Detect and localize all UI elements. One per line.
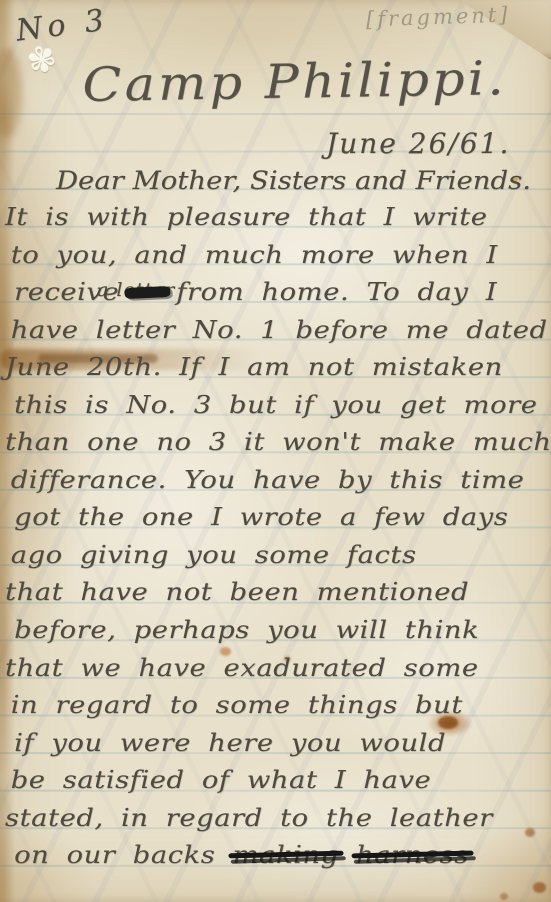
archival-note: [fragment] [366, 2, 511, 31]
letter-text: to you, and much more when I [11, 241, 498, 269]
letter-line: this is No. 3 but if you get more [5, 391, 551, 429]
letter-text: June 20th. If I am not mistaken [5, 353, 503, 381]
letter-line: stated, in regard to the leather [5, 804, 551, 842]
letter-line: ago giving you some facts [5, 541, 551, 579]
scribbled-out-word [125, 286, 171, 299]
letter-text: this is No. 3 but if you get more [14, 391, 537, 419]
letter-dateline: June 26/61. [326, 127, 510, 160]
letter-text: have letter No. 1 before me dated [11, 316, 548, 344]
letter-text: if you were here you would [14, 729, 446, 757]
letter-heading: Camp Philippi. [82, 51, 507, 113]
letter-text: that we have exadurated some [5, 654, 479, 682]
struck-through-word: harness [356, 841, 469, 869]
letter-line: have letter No. 1 before me dated [5, 316, 551, 354]
letter-line: before, perhaps you will think [5, 616, 551, 654]
letter-page: ✾ No 3 [fragment] Camp Philippi. June 26… [0, 0, 551, 902]
letter-text: than one no 3 it won't make much [5, 428, 551, 456]
letter-line: receivefrom home. To day I [5, 278, 551, 316]
letter-text: in regard to some things but [11, 691, 463, 719]
letter-line: if you were here you would [5, 729, 551, 767]
letter-line: differance. You have by this time [5, 466, 551, 504]
letter-line: on our backs making harness [5, 841, 551, 879]
letter-line: in regard to some things but [5, 691, 551, 729]
letter-line: It is with pleasure that I write [5, 203, 551, 241]
letter-line: that have not been mentioned [5, 578, 551, 616]
stain-spot [533, 882, 546, 893]
letter-text: got the one I wrote a few days [14, 503, 508, 531]
letter-text: stated, in regard to the leather [5, 804, 493, 832]
letter-line: June 20th. If I am not mistaken [5, 353, 551, 391]
letter-text: receive [14, 278, 119, 306]
letter-line: be satisfied of what I have [5, 766, 551, 804]
letter-line: to you, and much more when I [5, 241, 551, 279]
stain-spot [500, 893, 508, 900]
letter-text: differance. You have by this time [11, 466, 525, 494]
letter-text: that have not been mentioned [5, 578, 469, 606]
letter-line: than one no 3 it won't make much [5, 428, 551, 466]
letter-line: got the one I wrote a few days [5, 503, 551, 541]
letter-text: before, perhaps you will think [14, 616, 479, 644]
struck-through-word: making [233, 841, 339, 869]
letter-salutation: Dear Mother, Sisters and Friends. [56, 166, 531, 195]
letter-body: It is with pleasure that I writeto you, … [5, 203, 545, 879]
letter-text: on our backs [14, 841, 232, 869]
letter-line: that we have exadurated some [5, 654, 551, 692]
letter-text: be satisfied of what I have [11, 766, 432, 794]
letter-text: It is with pleasure that I write [5, 203, 488, 231]
letter-text: from home. To day I [176, 278, 497, 306]
letter-text: ago giving you some facts [11, 541, 417, 569]
